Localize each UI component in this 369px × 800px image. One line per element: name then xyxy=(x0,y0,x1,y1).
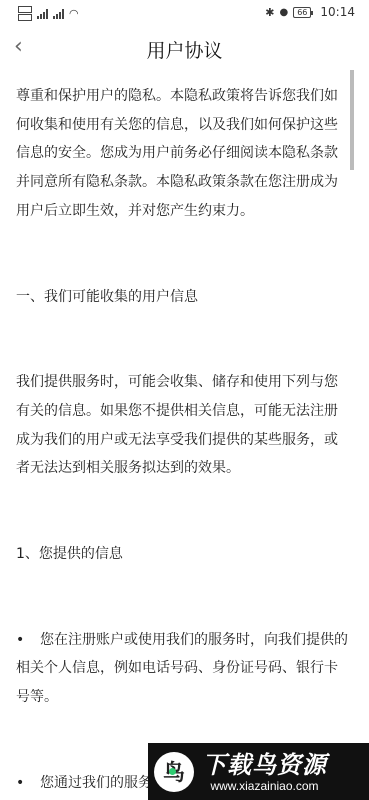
bluetooth-icon: ✱ xyxy=(265,6,274,19)
watermark-title: 下载鸟资源 xyxy=(202,751,327,779)
hd-icon xyxy=(18,6,32,21)
agreement-content: 尊重和保护用户的隐私。本隐私政策将告诉您我们如何收集和使用有关您的信息，以及我们… xyxy=(16,82,348,798)
watermark-url: www.xiazainiao.com xyxy=(210,779,318,793)
page-title: 用户协议 xyxy=(0,36,369,63)
section-heading: 一、我们可能收集的用户信息 xyxy=(16,283,348,312)
intro-paragraph: 尊重和保护用户的隐私。本隐私政策将告诉您我们如何收集和使用有关您的信息，以及我们… xyxy=(16,82,348,226)
subsection-heading: 1、您提供的信息 xyxy=(16,540,348,569)
header: ‹ 用户协议 xyxy=(0,26,369,70)
status-bar: ◠ ✱ ● 66 10:14 xyxy=(0,0,369,26)
signal-icon xyxy=(37,9,48,19)
bullet-icon: • xyxy=(16,769,40,798)
bird-logo-icon: 鸟 xyxy=(154,752,194,792)
wifi-icon: ◠ xyxy=(69,7,79,20)
watermark-banner: 鸟 下载鸟资源 www.xiazainiao.com xyxy=(148,743,369,800)
location-icon: ● xyxy=(279,7,288,18)
signal-icon xyxy=(53,9,64,19)
section-paragraph: 我们提供服务时，可能会收集、储存和使用下列与您有关的信息。如果您不提供相关信息，… xyxy=(16,368,348,483)
battery-icon: 66 xyxy=(293,7,311,18)
bullet-item: •您在注册账户或使用我们的服务时，向我们提供的相关个人信息，例如电话号码、身份证… xyxy=(16,626,348,712)
scrollbar[interactable] xyxy=(350,70,354,170)
bullet-icon: • xyxy=(16,626,40,655)
clock: 10:14 xyxy=(320,5,355,19)
